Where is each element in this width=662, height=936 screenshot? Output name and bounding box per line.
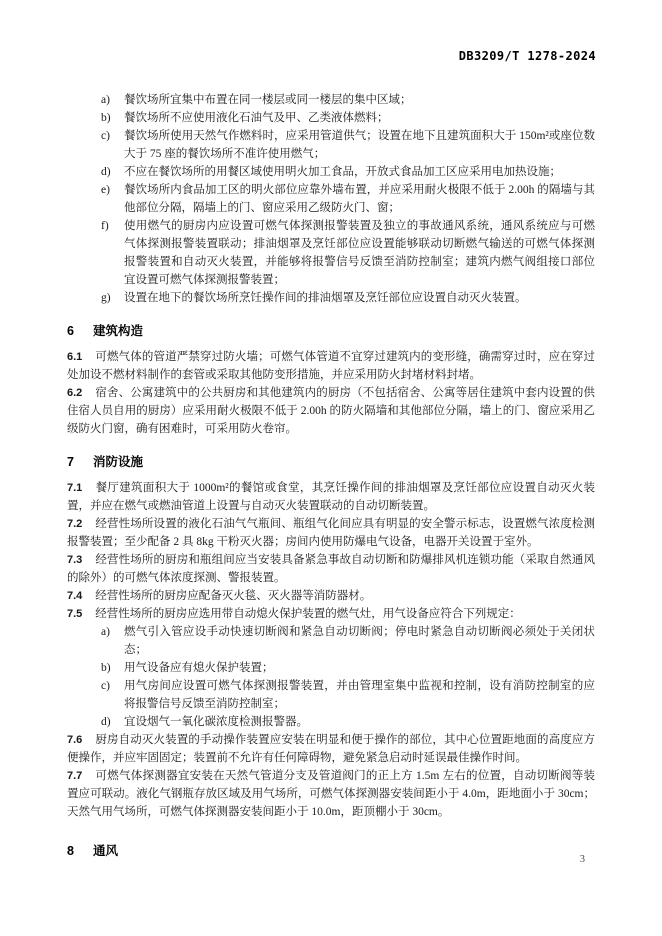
list-item-label: b): [101, 109, 124, 127]
clause-number: 7.2: [67, 518, 82, 530]
section-heading-8: 8通风: [67, 843, 595, 859]
page-number: 3: [580, 854, 585, 865]
clause-number: 7.7: [67, 770, 82, 782]
list-item-label: c): [101, 127, 124, 163]
clause-text: 可燃气体的管道严禁穿过防火墙；可燃气体管道不宜穿过建筑内的变形缝，确需穿过时，应…: [67, 351, 595, 381]
clause-text: 宿舍、公寓建筑中的公共厨房和其他建筑内的厨房（不包括宿舍、公寓等居住建筑中套内设…: [67, 387, 595, 435]
list-item-label: b): [101, 659, 124, 677]
requirements-list: a) 餐饮场所宜集中布置在同一楼层或同一楼层的集中区域； b) 餐饮场所不应使用…: [67, 91, 595, 307]
list-item-text: 餐饮场所宜集中布置在同一楼层或同一楼层的集中区域；: [124, 91, 595, 109]
doc-number-header: DB3209/T 1278-2024: [459, 49, 596, 63]
list-item-label: e): [101, 181, 124, 217]
clause-number: 6.2: [67, 387, 82, 399]
list-item-text: 设置在地下的餐饮场所烹饪操作间的排油烟罩及烹饪部位应设置自动灭火装置。: [124, 289, 595, 307]
clause-text: 经营性场所设置的液化石油气气瓶间、瓶组气化间应具有明显的安全警示标志，设置燃气浓…: [67, 518, 595, 548]
clause-7-4: 7.4经营性场所的厨房应配备灭火毯、灭火器等消防器材。: [67, 587, 595, 605]
clause-number: 7.1: [67, 482, 82, 494]
section-heading-6: 6建筑构造: [67, 323, 595, 339]
section-number: 6: [67, 324, 74, 338]
list-item-label: a): [101, 91, 124, 109]
list-item-text: 餐饮场所不应使用液化石油气及甲、乙类液体燃料；: [124, 109, 595, 127]
list-item: b) 用气设备应有熄火保护装置；: [67, 659, 595, 677]
clause-6-1: 6.1可燃气体的管道严禁穿过防火墙；可燃气体管道不宜穿过建筑内的变形缝，确需穿过…: [67, 348, 595, 384]
clause-text: 经营性场所的厨房应配备灭火毯、灭火器等消防器材。: [95, 590, 371, 602]
list-item-label: c): [101, 677, 124, 713]
clause-7-7: 7.7可燃气体探测器宜安装在天然气管道分支及管道阀门的正上方 1.5m 左右的位…: [67, 767, 595, 821]
section-title: 建筑构造: [93, 324, 143, 338]
list-item-label: g): [101, 289, 124, 307]
list-item-label: a): [101, 623, 124, 659]
clause-text: 经营性场所的厨房应选用带自动熄火保护装置的燃气灶，用气设备应符合下列规定：: [95, 608, 521, 620]
list-item: f) 使用燃气的厨房内应设置可燃气体探测报警装置及独立的事故通风系统，通风系统应…: [67, 217, 595, 289]
clause-text: 餐厅建筑面积大于 1000m²的餐馆或食堂，其烹饪操作间的排油烟罩及烹饪部位应设…: [67, 482, 595, 512]
list-item: e) 餐饮场所内食品加工区的明火部位应靠外墙布置，并应采用耐火极限不低于 2.0…: [67, 181, 595, 217]
section-number: 8: [67, 844, 74, 858]
list-item-label: d): [101, 713, 124, 731]
clause-7-2: 7.2经营性场所设置的液化石油气气瓶间、瓶组气化间应具有明显的安全警示标志，设置…: [67, 515, 595, 551]
list-item-text: 使用燃气的厨房内应设置可燃气体探测报警装置及独立的事故通风系统，通风系统应与可燃…: [124, 217, 595, 289]
list-item: d) 不应在餐饮场所的用餐区域使用明火加工食品，开放式食品加工区应采用电加热设施…: [67, 163, 595, 181]
list-item-text: 不应在餐饮场所的用餐区域使用明火加工食品，开放式食品加工区应采用电加热设施；: [124, 163, 595, 181]
clause-number: 7.3: [67, 554, 82, 566]
clause-text: 可燃气体探测器宜安装在天然气管道分支及管道阀门的正上方 1.5m 左右的位置，自…: [67, 770, 595, 818]
document-content: a) 餐饮场所宜集中布置在同一楼层或同一楼层的集中区域； b) 餐饮场所不应使用…: [67, 91, 595, 868]
list-item: d) 宜设烟气一氧化碳浓度检测报警器。: [67, 713, 595, 731]
list-item: a) 餐饮场所宜集中布置在同一楼层或同一楼层的集中区域；: [67, 91, 595, 109]
clause-7-5: 7.5经营性场所的厨房应选用带自动熄火保护装置的燃气灶，用气设备应符合下列规定：: [67, 605, 595, 623]
section-number: 7: [67, 455, 74, 469]
clause-7-3: 7.3经营性场所的厨房和瓶组间应当安装具备紧急事故自动切断和防爆排风机连锁功能（…: [67, 551, 595, 587]
clause-number: 7.6: [67, 734, 82, 746]
list-item: g) 设置在地下的餐饮场所烹饪操作间的排油烟罩及烹饪部位应设置自动灭火装置。: [67, 289, 595, 307]
clause-7-6: 7.6厨房自动灭火装置的手动操作装置应安装在明显和便于操作的部位，其中心位置距地…: [67, 731, 595, 767]
list-item-text: 燃气引入管应设手动快速切断阀和紧急自动切断阀；停电时紧急自动切断阀必须处于关闭状…: [124, 623, 595, 659]
document-page: DB3209/T 1278-2024 a) 餐饮场所宜集中布置在同一楼层或同一楼…: [0, 0, 662, 936]
list-item: b) 餐饮场所不应使用液化石油气及甲、乙类液体燃料；: [67, 109, 595, 127]
list-item-label: d): [101, 163, 124, 181]
list-item-text: 宜设烟气一氧化碳浓度检测报警器。: [124, 713, 595, 731]
list-item-label: f): [101, 217, 124, 289]
section-title: 消防设施: [93, 455, 143, 469]
clause-6-2: 6.2宿舍、公寓建筑中的公共厨房和其他建筑内的厨房（不包括宿舍、公寓等居住建筑中…: [67, 384, 595, 438]
clause-text: 经营性场所的厨房和瓶组间应当安装具备紧急事故自动切断和防爆排风机连锁功能（采取自…: [67, 554, 595, 584]
list-item: a) 燃气引入管应设手动快速切断阀和紧急自动切断阀；停电时紧急自动切断阀必须处于…: [67, 623, 595, 659]
clause-7-1: 7.1餐厅建筑面积大于 1000m²的餐馆或食堂，其烹饪操作间的排油烟罩及烹饪部…: [67, 479, 595, 515]
clause-text: 厨房自动灭火装置的手动操作装置应安装在明显和便于操作的部位，其中心位置距地面的高…: [67, 734, 595, 764]
list-item-text: 餐饮场所使用天然气作燃料时，应采用管道供气；设置在地下且建筑面积大于 150m²…: [124, 127, 595, 163]
clause-number: 7.4: [67, 590, 82, 602]
section-heading-7: 7消防设施: [67, 454, 595, 470]
section-title: 通风: [93, 844, 118, 858]
clause-number: 6.1: [67, 351, 82, 363]
gas-equipment-sublist: a) 燃气引入管应设手动快速切断阀和紧急自动切断阀；停电时紧急自动切断阀必须处于…: [67, 623, 595, 731]
clause-number: 7.5: [67, 608, 82, 620]
list-item: c) 用气房间应设置可燃气体探测报警装置，并由管理室集中监视和控制，设有消防控制…: [67, 677, 595, 713]
list-item-text: 餐饮场所内食品加工区的明火部位应靠外墙布置，并应采用耐火极限不低于 2.00h …: [124, 181, 595, 217]
list-item: c) 餐饮场所使用天然气作燃料时，应采用管道供气；设置在地下且建筑面积大于 15…: [67, 127, 595, 163]
list-item-text: 用气房间应设置可燃气体探测报警装置，并由管理室集中监视和控制，设有消防控制室的应…: [124, 677, 595, 713]
list-item-text: 用气设备应有熄火保护装置；: [124, 659, 595, 677]
